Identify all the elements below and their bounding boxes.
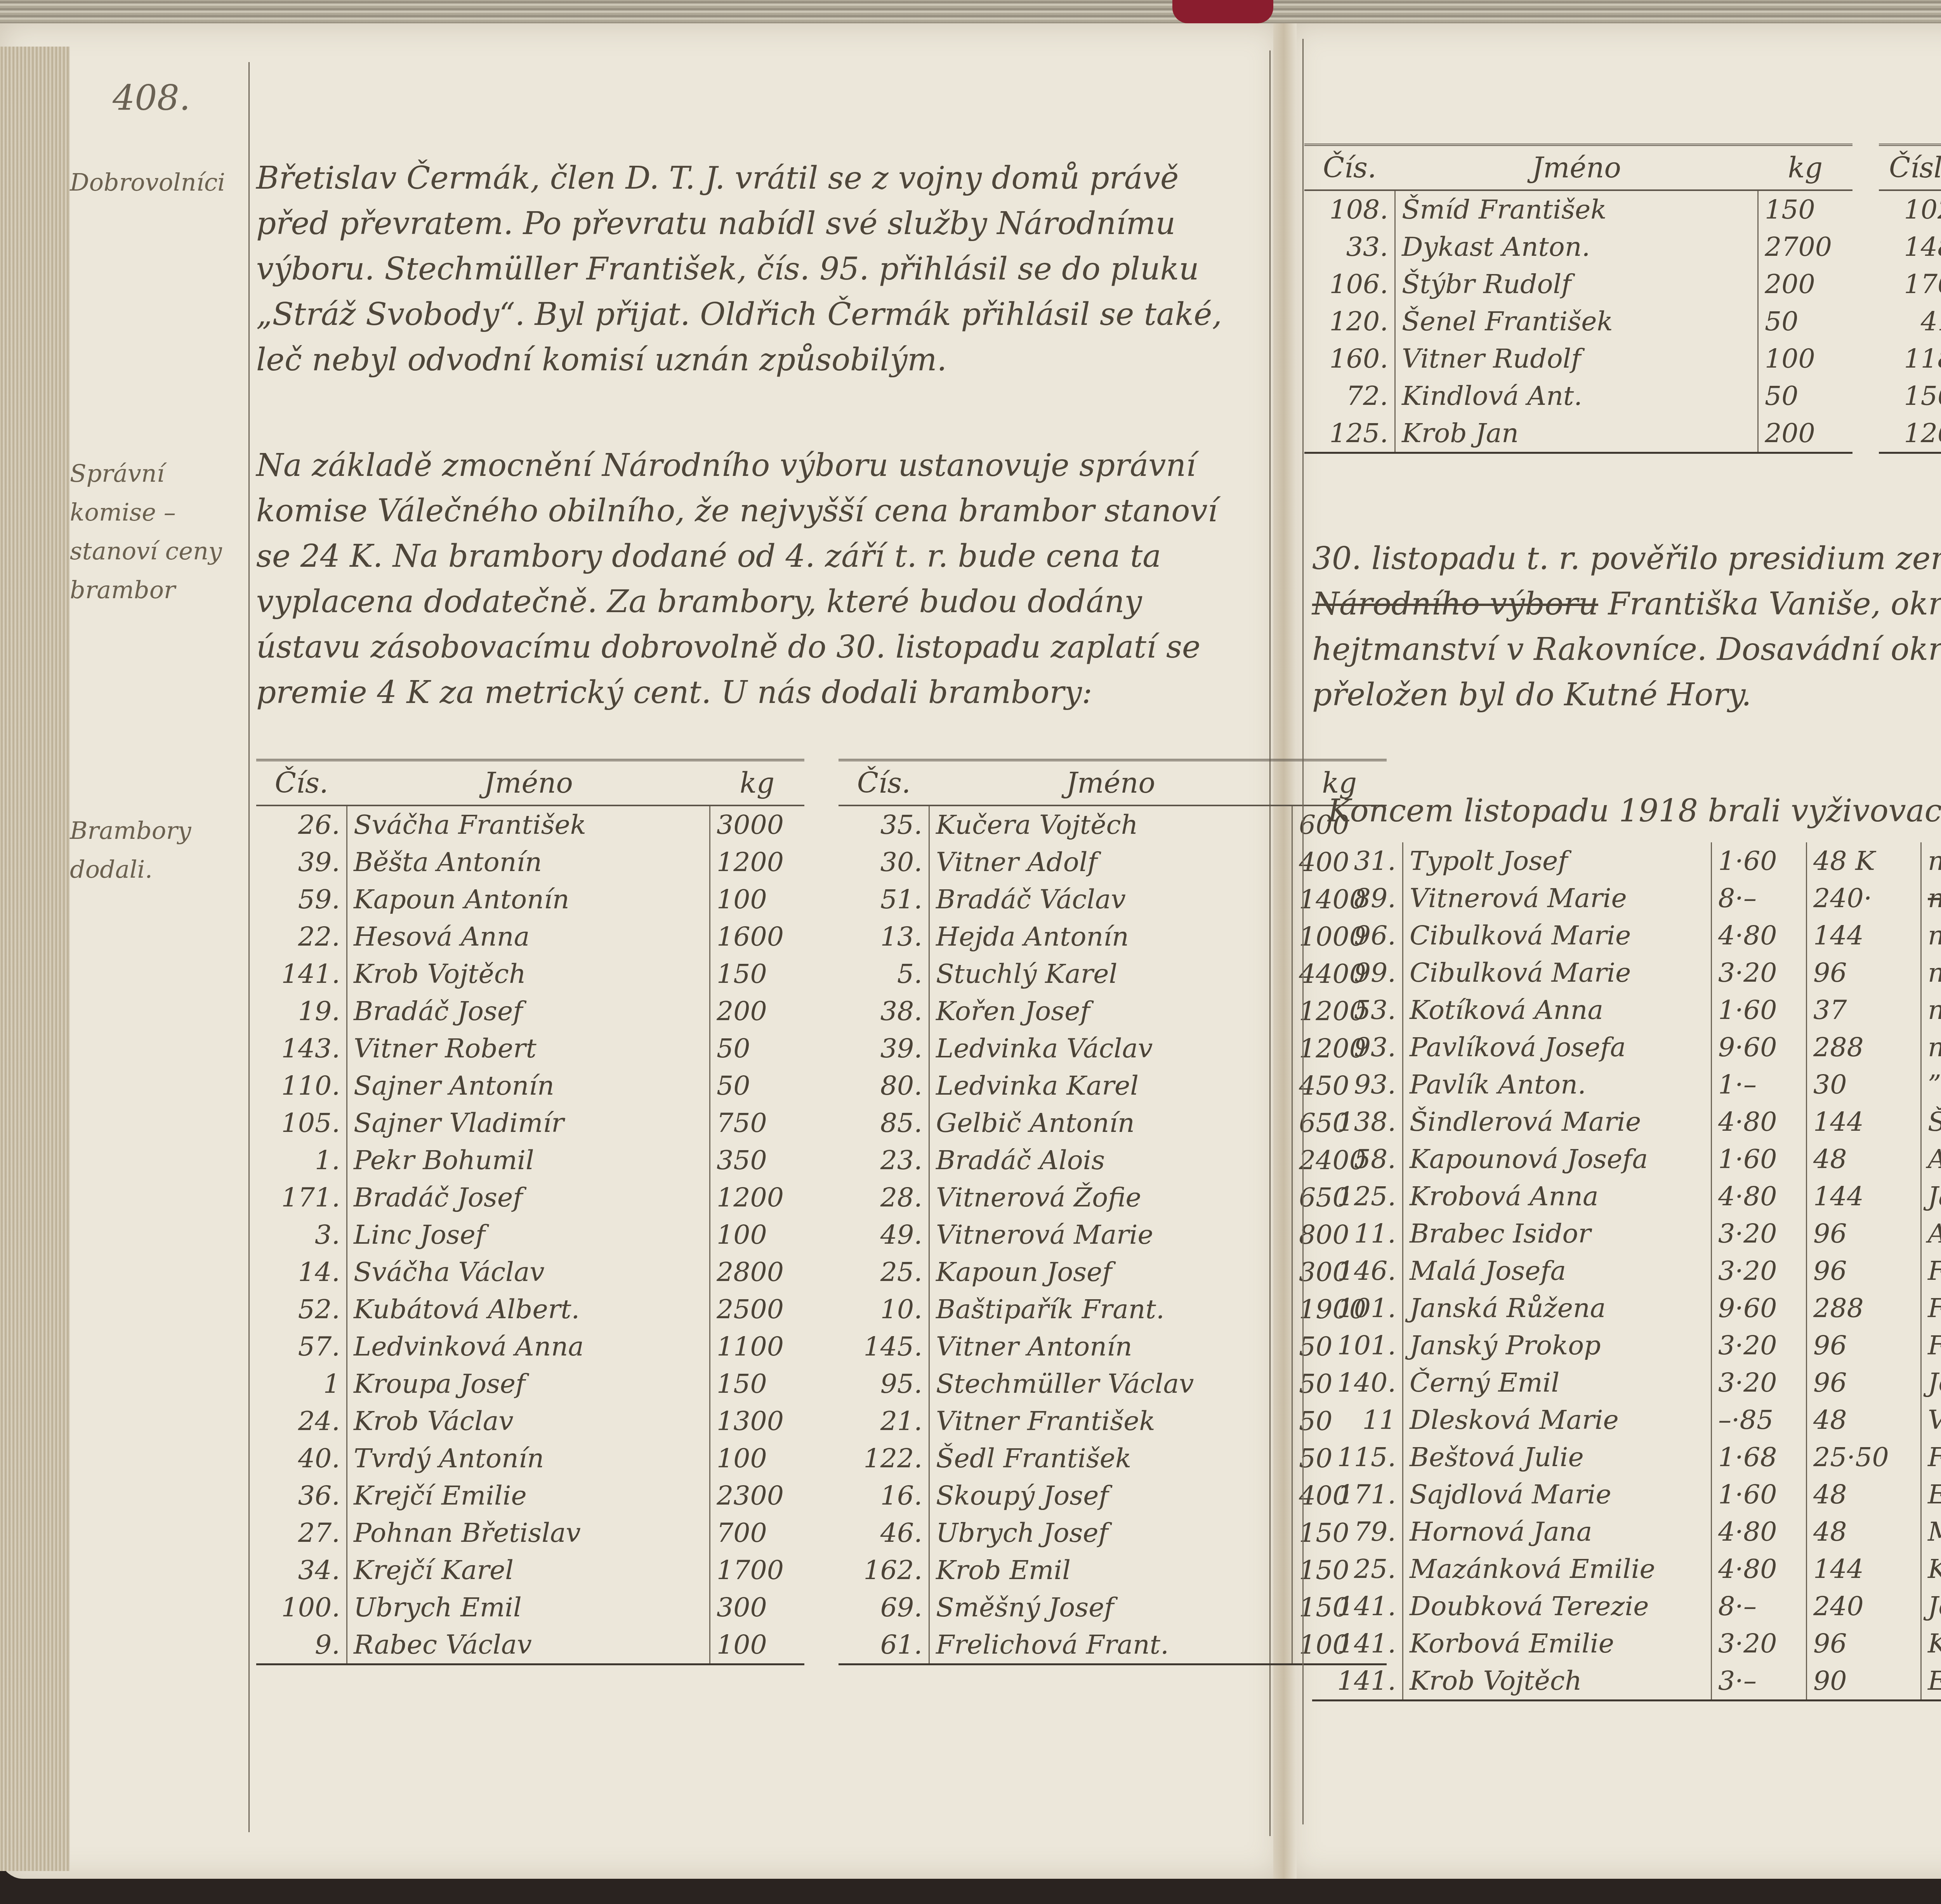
row-number: 25. (839, 1253, 929, 1291)
row-amount: 48 K (1807, 842, 1921, 880)
row-beneficiary: Korba Štěpán (1921, 1625, 1941, 1662)
row-number: 72. (1304, 377, 1395, 415)
table-row: 30.Vitner Adolf400 (839, 844, 1387, 881)
beneficiary-name: Václav Dleska (1928, 1405, 1941, 1435)
beneficiary-name: Fanů (1928, 1442, 1941, 1473)
row-kg: 2700 (1758, 228, 1853, 266)
header-name: Jméno (1395, 145, 1758, 190)
table-row: 162.Krob Emil150 (839, 1552, 1387, 1589)
row-name: Hesová Anna (347, 918, 710, 955)
table-row: 40.Tvrdý Antonín100 (256, 1440, 804, 1477)
row-number: 53. (1312, 991, 1403, 1029)
row-kg: 100 (1758, 340, 1853, 377)
beneficiary-name: František Janský (1928, 1330, 1941, 1361)
table-row: 24.Krob Václav1300 (256, 1402, 804, 1440)
row-kg: 50 (1758, 303, 1853, 340)
row-number: 126. (1879, 415, 1941, 453)
row-name: Černý Emil (1403, 1364, 1712, 1401)
header-name: Jméno (929, 760, 1292, 805)
row-name: Krob Václav (347, 1402, 710, 1440)
beneficiary-name: Antonín Kapoun (1928, 1144, 1941, 1175)
row-number: 93. (1312, 1029, 1403, 1066)
table-row: 125.Krob Jan200 (1304, 415, 1852, 453)
table-row: 146.Malá Josefa3·2096Františka Malého (1312, 1252, 1941, 1290)
header-num: Číslo (1879, 145, 1941, 190)
table-row: 105.Sajner Vladimír750 (256, 1104, 804, 1142)
paragraph-volunteers: Břetislav Čermák, člen D. T. J. vrátil s… (256, 155, 1250, 382)
row-kg: 200 (710, 993, 805, 1030)
table-row: 31.Typolt Josef1·6048 Kna Vojtěcha Typol… (1312, 842, 1941, 880)
table-row: 53.Kotíková Anna1·6037na Kotíka Frant. (1312, 991, 1941, 1029)
beneficiary-name: Josef Černý (1928, 1368, 1941, 1398)
row-number: 150. (1879, 377, 1941, 415)
table-row: 52.Kubátová Albert.2500 (256, 1291, 804, 1328)
row-kg: 100 (710, 1440, 805, 1477)
row-number: 101. (1312, 1327, 1403, 1364)
row-beneficiary: na Josefa Cibulku (1921, 954, 1941, 991)
table-row: 39.Ledvinka Václav1200 (839, 1030, 1387, 1067)
row-beneficiary: na Cibulku Vlastimila (1921, 917, 1941, 954)
row-name: Běšta Antonín (347, 844, 710, 881)
governor-text-pre: 30. listopadu t. r. pověřilo presidium z… (1312, 540, 1941, 576)
page-number-left: 408. (113, 78, 190, 118)
row-kg: 3000 (710, 805, 805, 844)
row-number: 106. (1304, 266, 1395, 303)
row-rate: 3·20 (1712, 1327, 1807, 1364)
row-name: Typolt Josef (1403, 842, 1712, 880)
row-rate: 1·– (1712, 1066, 1807, 1103)
table-row: 9.Rabec Václav100 (256, 1626, 804, 1664)
table-row: 143.Vitner Robert50 (256, 1030, 804, 1067)
row-beneficiary: Arnošt Brabec (1921, 1215, 1941, 1252)
row-amount: 96 (1807, 1625, 1921, 1662)
row-number: 162. (839, 1552, 929, 1589)
row-number: 141. (1312, 1588, 1403, 1625)
table-row: 141.Korbová Emilie3·2096Korba Štěpán (1312, 1625, 1941, 1662)
row-amount: 48 (1807, 1513, 1921, 1550)
row-kg: 100 (710, 1626, 805, 1664)
row-beneficiary: Františka Malého (1921, 1252, 1941, 1290)
row-name: Hornová Jana (1403, 1513, 1712, 1550)
table-row: 101.Janský Prokop3·2096František Janský (1312, 1327, 1941, 1364)
table-row: 38.Kořen Josef1200 (839, 993, 1387, 1030)
row-rate: 1·60 (1712, 842, 1807, 880)
table-row: 96.Cibulková Marie4·80144na Cibulku Vlas… (1312, 917, 1941, 954)
row-rate: 8·– (1712, 1588, 1807, 1625)
table-row: 27.Pohnan Břetislav700 (256, 1514, 804, 1552)
support-table: 31.Typolt Josef1·6048 Kna Vojtěcha Typol… (1312, 842, 1941, 1701)
row-amount: 48 (1807, 1476, 1921, 1513)
row-number: 115. (1312, 1439, 1403, 1476)
governor-text-struck: Národního výboru (1312, 586, 1598, 622)
row-name: Krob Vojtěch (1403, 1662, 1712, 1701)
row-beneficiary: František Janský (1921, 1327, 1941, 1364)
row-kg: 200 (1758, 266, 1853, 303)
row-number: 122. (839, 1440, 929, 1477)
table-row: 140.Černý Emil3·2096Josef Černý (1312, 1364, 1941, 1401)
row-beneficiary: Emil Sajdl (1921, 1476, 1941, 1513)
row-number: 140. (1312, 1364, 1403, 1401)
row-rate: 1·60 (1712, 1140, 1807, 1178)
row-amount: 96 (1807, 1252, 1921, 1290)
row-name: Šenel František (1395, 303, 1758, 340)
row-kg: 1200 (710, 1179, 805, 1216)
table-row: 41.Kučera Adolf100 (1879, 303, 1941, 340)
top-table-right: Číslo Jméno kg 102.Berger Josef100148.Ka… (1879, 144, 1941, 454)
table-row: 1Kroupa Josef150 (256, 1365, 804, 1402)
row-name: Pekr Bohumil (347, 1142, 710, 1179)
table-row: 46.Ubrych Josef150 (839, 1514, 1387, 1552)
row-amount: 144 (1807, 1550, 1921, 1588)
table-row: 72.Kindlová Ant.50 (1304, 377, 1852, 415)
row-rate: 4·80 (1712, 1178, 1807, 1215)
row-rate: 9·60 (1712, 1029, 1807, 1066)
row-beneficiary: na Otakara Vitnera Stan. (1921, 880, 1941, 917)
row-kg: 150 (710, 955, 805, 993)
beneficiary-name: na Václava Pavlíka (1928, 1032, 1941, 1063)
row-rate: 1·68 (1712, 1439, 1807, 1476)
row-number: 120. (1304, 303, 1395, 340)
row-number: 35. (839, 805, 929, 844)
row-beneficiary: Josef Černý (1921, 1364, 1941, 1401)
row-name: Rabec Václav (347, 1626, 710, 1664)
row-name: Štýbr Rudolf (1395, 266, 1758, 303)
table-row: 171.Bradáč Josef1200 (256, 1179, 804, 1216)
row-number: 22. (256, 918, 347, 955)
row-amount: 288 (1807, 1290, 1921, 1327)
table-row: 25.Mazánková Emilie4·80144Karel Mazánek (1312, 1550, 1941, 1588)
row-number: 69. (839, 1589, 929, 1626)
row-kg: 50 (710, 1067, 805, 1104)
row-beneficiary: Emil Krob (1921, 1662, 1941, 1701)
row-name: Dlesková Marie (1403, 1401, 1712, 1439)
table-row: 58.Kapounová Josefa1·6048Antonín Kapoun (1312, 1140, 1941, 1178)
row-rate: 3·20 (1712, 1252, 1807, 1290)
row-number: 141. (1312, 1625, 1403, 1662)
row-beneficiary: Karel Mazánek (1921, 1550, 1941, 1588)
top-table-left: Čís. Jméno kg 108.Šmíd František15033.Dy… (1304, 144, 1852, 454)
row-name: Šindlerová Marie (1403, 1103, 1712, 1140)
row-rate: –·85 (1712, 1401, 1807, 1439)
row-number: 105. (256, 1104, 347, 1142)
row-number: 11. (1312, 1215, 1403, 1252)
beneficiary-name: Josef Doubek (1928, 1591, 1941, 1622)
row-name: Směšný Josef (929, 1589, 1292, 1626)
row-number: 39. (839, 1030, 929, 1067)
row-kg: 1300 (710, 1402, 805, 1440)
table-row: 85.Gelbič Antonín650 (839, 1104, 1387, 1142)
table-row: 148.Kapoun Eman.100 (1879, 228, 1941, 266)
ribbon-bookmark (1172, 0, 1273, 23)
beneficiary-name: Šindlera Josefa (1928, 1107, 1941, 1137)
table-row: 13.Hejda Antonín1000 (839, 918, 1387, 955)
row-name: Sajner Antonín (347, 1067, 710, 1104)
paragraph-potato-price: Na základě zmocnění Národního výboru ust… (256, 443, 1250, 715)
row-name: Ledvinka Václav (929, 1030, 1292, 1067)
beneficiary-name: Karel Mazánek (1928, 1554, 1941, 1585)
table-row: 141.Doubková Terezie8·–240Josef Doubek (1312, 1588, 1941, 1625)
table-row: 93.Pavlíková Josefa9·60288na Václava Pav… (1312, 1029, 1941, 1066)
row-amount: 96 (1807, 954, 1921, 991)
row-number: 146. (1312, 1252, 1403, 1290)
row-kg: 2300 (710, 1477, 805, 1514)
row-number: 138. (1312, 1103, 1403, 1140)
margin-note-volunteers: Dobrovolníci (70, 163, 245, 202)
row-number: 160. (1304, 340, 1395, 377)
table-row: 110.Sajner Antonín50 (256, 1067, 804, 1104)
row-amount: 30 (1807, 1066, 1921, 1103)
row-number: 145. (839, 1328, 929, 1365)
table-row: 33.Dykast Anton.2700 (1304, 228, 1852, 266)
row-rate: 4·80 (1712, 1103, 1807, 1140)
row-number: 52. (256, 1291, 347, 1328)
table-row: 11.Brabec Isidor3·2096Arnošt Brabec (1312, 1215, 1941, 1252)
row-number: 85. (839, 1104, 929, 1142)
row-name: Beštová Julie (1403, 1439, 1712, 1476)
table-row: 160.Vitner Rudolf100 (1304, 340, 1852, 377)
row-name: Krejčí Emilie (347, 1477, 710, 1514)
table-row: 145.Vitner Antonín50 (839, 1328, 1387, 1365)
paragraph-new-governor: 30. listopadu t. r. pověřilo presidium z… (1312, 536, 1941, 717)
row-beneficiary: na Vojtěcha Typolta (1921, 842, 1941, 880)
row-number: 21. (839, 1402, 929, 1440)
table-row: 35.Kučera Vojtěch600 (839, 805, 1387, 844)
beneficiary-struck: na Otakara (1928, 883, 1941, 914)
row-number: 25. (1312, 1550, 1403, 1588)
row-name: Stechmüller Václav (929, 1365, 1292, 1402)
row-name: Sváčha František (347, 805, 710, 844)
row-name: Janská Růžena (1403, 1290, 1712, 1327)
header-kg: kg (1758, 145, 1853, 190)
table-row: 100.Ubrych Emil300 (256, 1589, 804, 1626)
row-number: 171. (256, 1179, 347, 1216)
beneficiary-name: Emil Krob (1928, 1666, 1941, 1696)
beneficiary-name: Emil Sajdl (1928, 1479, 1941, 1510)
row-number: 23. (839, 1142, 929, 1179)
row-name: Vitner Antonín (929, 1328, 1292, 1365)
beneficiary-name: na Josefa Cibulku (1928, 958, 1941, 988)
row-name: Pavlíková Josefa (1403, 1029, 1712, 1066)
row-rate: 9·60 (1712, 1290, 1807, 1327)
row-name: Malá Josefa (1403, 1252, 1712, 1290)
table-row: 141.Krob Vojtěch150 (256, 955, 804, 993)
table-row: 11Dlesková Marie–·8548Václav Dleska (1312, 1401, 1941, 1439)
row-number: 49. (839, 1216, 929, 1253)
row-number: 28. (839, 1179, 929, 1216)
margin-note-potatoes-delivered: Brambory dodali. (70, 811, 245, 889)
table-row: 122.Šedl František50 (839, 1440, 1387, 1477)
beneficiary-name: na Kotíka Frant. (1928, 995, 1941, 1026)
row-number: 14. (256, 1253, 347, 1291)
row-amount: 96 (1807, 1364, 1921, 1401)
row-name: Stuchlý Karel (929, 955, 1292, 993)
row-kg: 350 (710, 1142, 805, 1179)
row-kg: 1600 (710, 918, 805, 955)
table-row: 102.Berger Josef100 (1879, 190, 1941, 228)
row-rate: 8·– (1712, 880, 1807, 917)
row-amount: 96 (1807, 1327, 1921, 1364)
row-kg: 1700 (710, 1552, 805, 1589)
row-number: 61. (839, 1626, 929, 1664)
row-name: Šedl František (929, 1440, 1292, 1477)
table-row: 1.Pekr Bohumil350 (256, 1142, 804, 1179)
row-number: 19. (256, 993, 347, 1030)
row-name: Sajner Vladimír (347, 1104, 710, 1142)
row-number: 93. (1312, 1066, 1403, 1103)
row-number: 16. (839, 1477, 929, 1514)
table-row: 106.Štýbr Rudolf200 (1304, 266, 1852, 303)
row-number: 101. (1312, 1290, 1403, 1327)
table-row: 69.Směšný Josef150 (839, 1589, 1387, 1626)
row-kg: 150 (1758, 190, 1853, 228)
row-amount: 96 (1807, 1215, 1921, 1252)
row-number: 9. (256, 1626, 347, 1664)
row-number: 10. (839, 1291, 929, 1328)
row-amount: 48 (1807, 1140, 1921, 1178)
beneficiary-name: Arnošt Brabec (1928, 1218, 1941, 1249)
row-number: 80. (839, 1067, 929, 1104)
row-beneficiary: Šindlera Josefa (1921, 1103, 1941, 1140)
table-row: 39.Běšta Antonín1200 (256, 844, 804, 881)
margin-note-price-commission: Správní komise – stanoví ceny brambor (70, 454, 245, 609)
row-number: 26. (256, 805, 347, 844)
table-row: 115.Beštová Julie1·6825·50Fanů (1312, 1439, 1941, 1476)
row-rate: 3·20 (1712, 1364, 1807, 1401)
table-row: 126.Schönbachová50 (1879, 415, 1941, 453)
table-row: 93.Pavlík Anton.1·–30” ” ” (1312, 1066, 1941, 1103)
table-row: 89.Vitnerová Marie8·–240·na Otakara Vitn… (1312, 880, 1941, 917)
beneficiary-name: na Vojtěcha Typolta (1928, 846, 1941, 876)
row-kg: 1100 (710, 1328, 805, 1365)
row-name: Kroupa Josef (347, 1365, 710, 1402)
table-row: 171.Sajdlová Marie1·6048Emil Sajdl (1312, 1476, 1941, 1513)
row-number: 108. (1304, 190, 1395, 228)
table-row: 118.Mikšovicová V.150 (1879, 340, 1941, 377)
header-num: Čís. (1304, 145, 1395, 190)
table-row: 120.Šenel František50 (1304, 303, 1852, 340)
row-amount: 90 (1807, 1662, 1921, 1701)
table-row: 59.Kapoun Antonín100 (256, 881, 804, 918)
row-name: Krob Jan (1395, 415, 1758, 453)
potato-table-right: Čís. Jméno kg 35.Kučera Vojtěch60030.Vit… (839, 759, 1387, 1665)
row-name: Kapounová Josefa (1403, 1140, 1712, 1178)
header-name: Jméno (347, 760, 710, 805)
beneficiary-name: Korba Štěpán (1928, 1628, 1941, 1659)
row-name: Dykast Anton. (1395, 228, 1758, 266)
row-name: Pohnan Břetislav (347, 1514, 710, 1552)
row-number: 148. (1879, 228, 1941, 266)
row-name: Vitner Rudolf (1395, 340, 1758, 377)
row-number: 1 (256, 1365, 347, 1402)
row-number: 34. (256, 1552, 347, 1589)
row-number: 38. (839, 993, 929, 1030)
row-name: Vitnerová Marie (1403, 880, 1712, 917)
row-rate: 1·60 (1712, 991, 1807, 1029)
row-name: Ledvinka Karel (929, 1067, 1292, 1104)
row-name: Ledvinková Anna (347, 1328, 710, 1365)
potato-table-left: Čís. Jméno kg 26.Sváčha František300039.… (256, 759, 804, 1665)
row-number: 59. (256, 881, 347, 918)
row-name: Vitner Robert (347, 1030, 710, 1067)
row-number: 24. (256, 1402, 347, 1440)
row-number: 33. (1304, 228, 1395, 266)
row-amount: 144 (1807, 917, 1921, 954)
row-amount: 240· (1807, 880, 1921, 917)
row-name: Brabec Isidor (1403, 1215, 1712, 1252)
row-number: 143. (256, 1030, 347, 1067)
row-amount: 240 (1807, 1588, 1921, 1625)
row-beneficiary: Miroslav Horn (1921, 1513, 1941, 1550)
row-kg: 750 (710, 1104, 805, 1142)
table-row: 23.Bradáč Alois2400 (839, 1142, 1387, 1179)
table-row: 79.Hornová Jana4·8048Miroslav Horn (1312, 1513, 1941, 1550)
beneficiary-name: Jan Krob (1928, 1181, 1941, 1212)
row-amount: 25·50 (1807, 1439, 1921, 1476)
row-amount: 144 (1807, 1103, 1921, 1140)
row-name: Cibulková Marie (1403, 917, 1712, 954)
row-name: Gelbič Antonín (929, 1104, 1292, 1142)
row-rate: 4·80 (1712, 917, 1807, 954)
row-name: Linc Josef (347, 1216, 710, 1253)
row-number: 31. (1312, 842, 1403, 880)
beneficiary-name: Františka Malého (1928, 1256, 1941, 1286)
row-kg: 50 (710, 1030, 805, 1067)
row-number: 39. (256, 844, 347, 881)
row-kg: 200 (1758, 415, 1853, 453)
row-amount: 37 (1807, 991, 1921, 1029)
row-name: Mazánková Emilie (1403, 1550, 1712, 1588)
row-number: 11 (1312, 1401, 1403, 1439)
table-row: 19.Bradáč Josef200 (256, 993, 804, 1030)
row-number: 102. (1879, 190, 1941, 228)
row-rate: 3·– (1712, 1662, 1807, 1701)
row-kg: 100 (710, 1216, 805, 1253)
row-kg: 100 (710, 881, 805, 918)
row-kg: 1200 (710, 844, 805, 881)
row-name: Šmíd František (1395, 190, 1758, 228)
row-beneficiary: Václav Dleska (1921, 1401, 1941, 1439)
table-row: 61.Frelichová Frant.100 (839, 1626, 1387, 1664)
row-name: Bradáč Alois (929, 1142, 1292, 1179)
row-rate: 4·80 (1712, 1513, 1807, 1550)
row-number: 40. (256, 1440, 347, 1477)
row-number: 125. (1312, 1178, 1403, 1215)
row-name: Kindlová Ant. (1395, 377, 1758, 415)
row-name: Janský Prokop (1403, 1327, 1712, 1364)
table-row: 57.Ledvinková Anna1100 (256, 1328, 804, 1365)
row-rate: 1·60 (1712, 1476, 1807, 1513)
row-number: 170. (1879, 266, 1941, 303)
row-beneficiary: na Václava Pavlíka (1921, 1029, 1941, 1066)
row-kg: 50 (1758, 377, 1853, 415)
row-amount: 288 (1807, 1029, 1921, 1066)
right-margin-rule-left (1302, 39, 1304, 1824)
row-number: 46. (839, 1514, 929, 1552)
row-kg: 300 (710, 1589, 805, 1626)
row-name: Krob Emil (929, 1552, 1292, 1589)
row-name: Korbová Emilie (1403, 1625, 1712, 1662)
row-name: Bradáč Josef (347, 1179, 710, 1216)
beneficiary-name: na Cibulku Vlastimila (1928, 920, 1941, 951)
row-number: 13. (839, 918, 929, 955)
left-page-edges (0, 47, 70, 1871)
row-name: Kubátová Albert. (347, 1291, 710, 1328)
row-name: Krob Vojtěch (347, 955, 710, 993)
table-row: 138.Šindlerová Marie4·80144Šindlera Jose… (1312, 1103, 1941, 1140)
table-row: 108.Šmíd František150 (1304, 190, 1852, 228)
header-kg: kg (710, 760, 805, 805)
row-rate: 3·20 (1712, 1215, 1807, 1252)
